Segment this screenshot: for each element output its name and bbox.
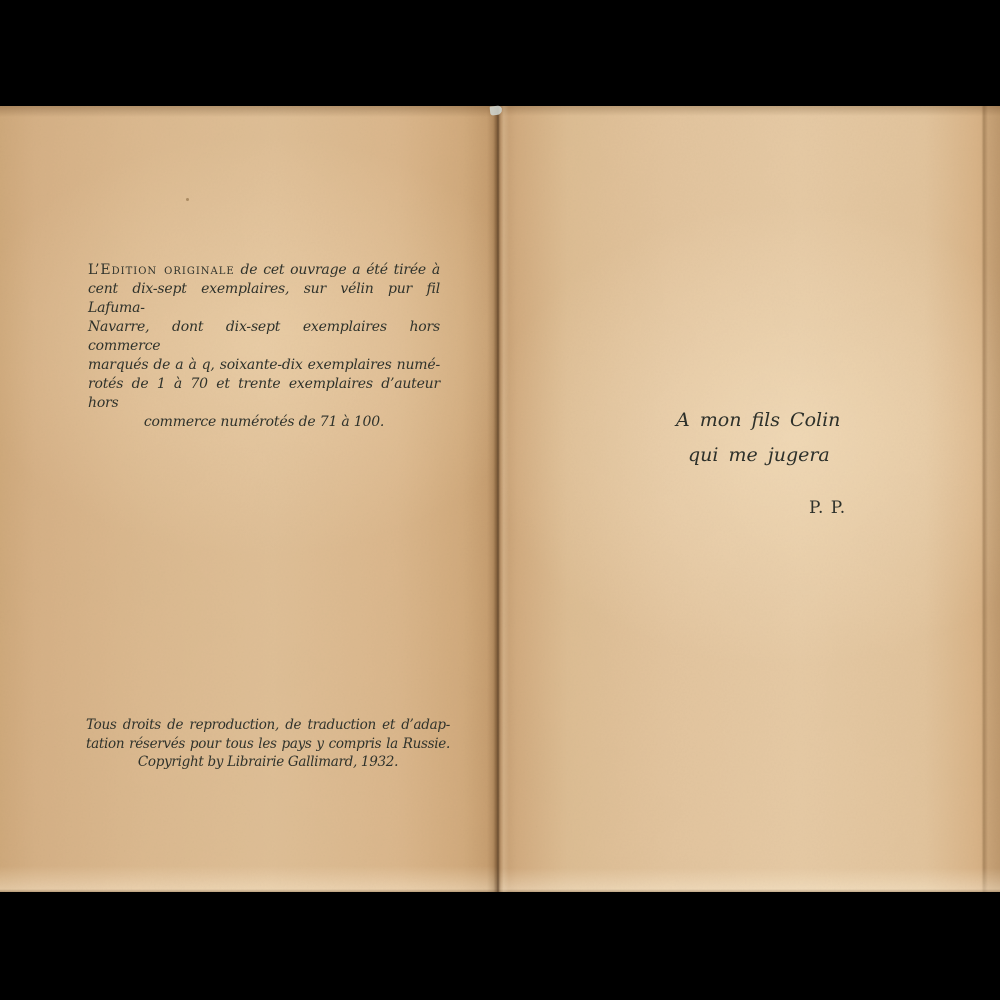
edition-notice-lead-smallcaps: L’Edition originale [88, 262, 235, 278]
text-line: L’Edition originale de cet ouvrage a été… [88, 261, 440, 280]
spine-gutter [487, 106, 509, 892]
left-page: L’Edition originale de cet ouvrage a été… [0, 106, 497, 892]
edition-notice-line1-rest: de cet ouvrage a été tirée à [241, 262, 440, 278]
copyright-notice: Tous droits de reproduction, de traducti… [86, 716, 450, 772]
right-page: A mon fils Colin qui me jugera P. P. [497, 106, 1000, 892]
paper-speck [186, 198, 189, 201]
dedication-line: qui me jugera [688, 444, 830, 466]
text-line: rotés de 1 à 70 et trente exemplaires d’… [88, 375, 440, 413]
text-line: cent dix-sept exemplaires, sur vélin pur… [88, 280, 440, 318]
author-initials: P. P. [809, 498, 846, 518]
photo-backdrop: L’Edition originale de cet ouvrage a été… [0, 0, 1000, 1000]
book-spread: L’Edition originale de cet ouvrage a été… [0, 106, 1000, 892]
text-line: commerce numérotés de 71 à 100. [88, 413, 440, 432]
dedication-line: A mon fils Colin [676, 409, 840, 431]
text-line: marqués de a à q, soixante-dix exemplair… [88, 356, 440, 375]
text-line: Tous droits de reproduction, de traducti… [86, 716, 450, 735]
text-line: Navarre, dont dix-sept exemplaires hors … [88, 318, 440, 356]
text-line: tation réservés pour tous les pays y com… [86, 735, 450, 754]
edition-notice: L’Edition originale de cet ouvrage a été… [88, 261, 440, 432]
text-line: Copyright by Librairie Gallimard, 1932. [86, 753, 450, 772]
